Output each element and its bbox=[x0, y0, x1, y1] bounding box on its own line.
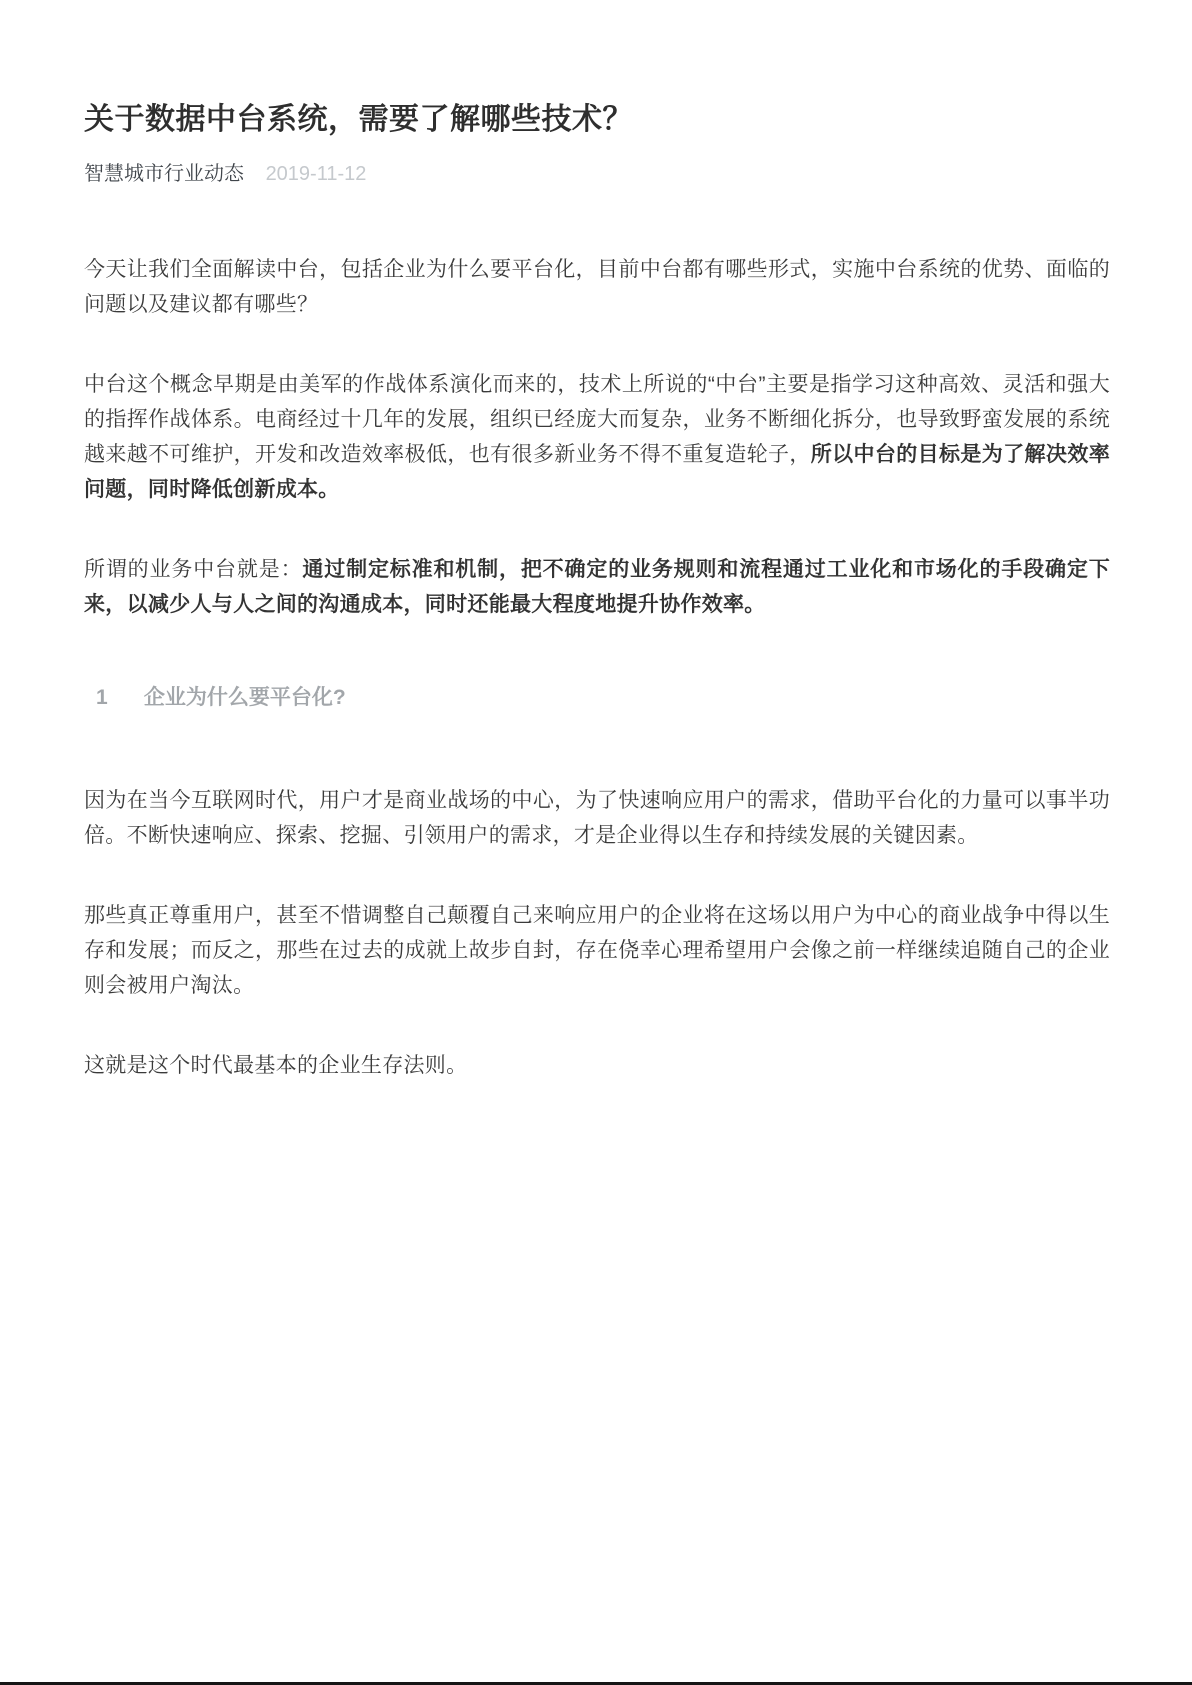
paragraph-text: 这就是这个时代最基本的企业生存法则。 bbox=[84, 1054, 467, 1077]
byline: 智慧城市行业动态 2019-11-12 bbox=[84, 160, 1110, 188]
paragraph-text: 因为在当今互联网时代，用户才是商业战场的中心，为了快速响应用户的需求，借助平台化… bbox=[84, 789, 1110, 847]
paragraph-text: 那些真正尊重用户，甚至不惜调整自己颠覆自己来响应用户的企业将在这场以用户为中心的… bbox=[84, 904, 1110, 997]
intro-paragraph-1: 今天让我们全面解读中台，包括企业为什么要平台化，目前中台都有哪些形式，实施中台系… bbox=[84, 252, 1110, 322]
article-page: 关于数据中台系统，需要了解哪些技术？ 智慧城市行业动态 2019-11-12 今… bbox=[0, 0, 1192, 1685]
section1-paragraph-1: 因为在当今互联网时代，用户才是商业战场的中心，为了快速响应用户的需求，借助平台化… bbox=[84, 783, 1110, 853]
byline-source-link[interactable]: 智慧城市行业动态 bbox=[84, 163, 244, 185]
article-content: 关于数据中台系统，需要了解哪些技术？ 智慧城市行业动态 2019-11-12 今… bbox=[0, 0, 1192, 1083]
section-heading: 1 企业为什么要平台化? bbox=[84, 680, 1110, 715]
paragraph-text: 所谓的业务中台就是： bbox=[84, 558, 302, 581]
byline-date: 2019-11-12 bbox=[266, 163, 367, 185]
intro-paragraph-2: 中台这个概念早期是由美军的作战体系演化而来的，技术上所说的“中台”主要是指学习这… bbox=[84, 367, 1110, 507]
section1-paragraph-2: 那些真正尊重用户，甚至不惜调整自己颠覆自己来响应用户的企业将在这场以用户为中心的… bbox=[84, 898, 1110, 1003]
section-title: 企业为什么要平台化? bbox=[144, 686, 346, 709]
section-number: 1 bbox=[96, 680, 110, 715]
intro-paragraph-3: 所谓的业务中台就是：通过制定标准和机制，把不确定的业务规则和流程通过工业化和市场… bbox=[84, 552, 1110, 622]
article-title: 关于数据中台系统，需要了解哪些技术？ bbox=[84, 100, 1110, 140]
paragraph-text: 今天让我们全面解读中台，包括企业为什么要平台化，目前中台都有哪些形式，实施中台系… bbox=[84, 258, 1110, 316]
section1-paragraph-3: 这就是这个时代最基本的企业生存法则。 bbox=[84, 1048, 1110, 1083]
